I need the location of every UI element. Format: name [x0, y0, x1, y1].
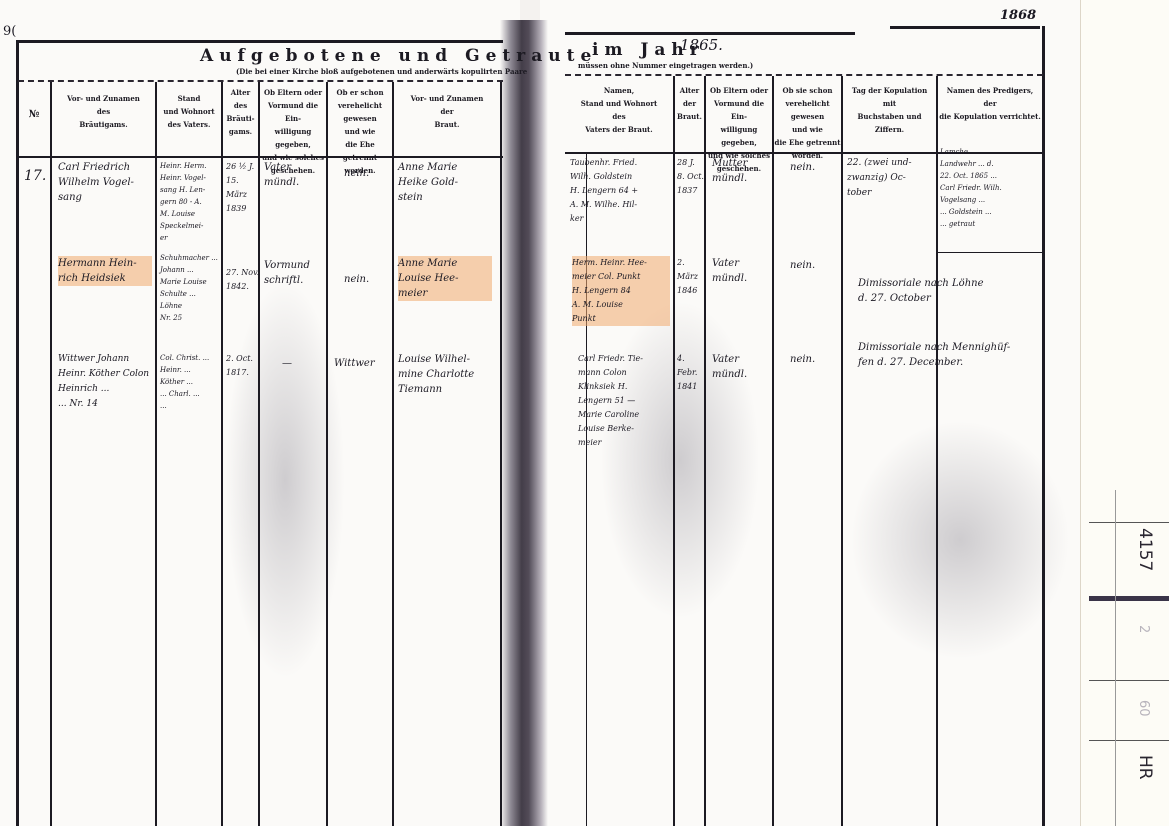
groom-father: Schuhmacher ... Johann ... Marie Louise … [160, 252, 222, 324]
groom-consent: — [282, 356, 292, 371]
col-header-officiant: Namen des Predigers, der die Kopulation … [938, 84, 1042, 123]
archive-mark: 2 [1136, 625, 1151, 633]
column-divider [392, 82, 394, 826]
archive-initials: HR [1135, 755, 1155, 780]
page-subtitle-right: müssen ohne Nummer eingetragen werden.) [578, 61, 753, 70]
header-wavy-rule [565, 74, 1043, 80]
bride-prior-marriage: nein. [790, 258, 815, 273]
groom-father: Heinr. Herm. Heinr. Vogel- sang H. Len- … [160, 160, 222, 244]
bride-name: Louise Wilhel- mine Charlotte Tiemann [398, 352, 498, 397]
groom-prior-marriage: nein. [344, 166, 369, 181]
stub-rule [1089, 740, 1169, 741]
groom-age: 27. Nov. 1842. [226, 266, 260, 294]
col-header-groom-age: Alter des Bräuti- gams. [223, 86, 258, 138]
col-header-bride-name: Vor- und Zunamen der Braut. [394, 92, 500, 131]
column-divider [772, 76, 774, 826]
bride-name: Anne Marie Heike Gold- stein [398, 160, 498, 205]
stub-rule [1089, 522, 1169, 523]
book-gutter-shadow [500, 20, 548, 826]
bride-age: 2. März 1846 [677, 256, 705, 298]
officiant: Lamche Landwehr ... d. 22. Oct. 1865 ...… [940, 146, 1044, 230]
archive-label-strip: 4157 2 60 HR [1080, 0, 1169, 826]
archive-number: 4157 [1135, 528, 1155, 571]
bride-father: Herm. Heinr. Hee- meier Col. Punkt H. Le… [572, 256, 670, 326]
column-divider [841, 76, 843, 826]
page-subtitle-left: (Die bei einer Kirche bloß aufgebotenen … [236, 67, 527, 76]
groom-name: Hermann Hein- rich Heidsiek [58, 256, 152, 286]
groom-prior-marriage: Wittwer [334, 356, 375, 371]
stub-rule [1115, 490, 1116, 826]
stub-rule [1089, 596, 1169, 601]
bride-prior-marriage: nein. [790, 160, 815, 175]
entry-number: 17. [24, 168, 46, 184]
bride-age: 28 J. 8. Oct. 1837 [677, 156, 705, 198]
groom-name: Carl Friedrich Wilhelm Vogel- sang [58, 160, 154, 205]
col-header-bride-father: Namen, Stand und Wohnort des Vaters der … [565, 84, 673, 136]
groom-consent: Vormund schriftl. [264, 258, 310, 288]
column-divider [50, 82, 52, 826]
bride-prior-marriage: nein. [790, 352, 815, 367]
copulation-day: Dimissoriale nach Löhne d. 27. October [858, 276, 1048, 306]
corner-mark: 9( [3, 24, 16, 39]
column-divider [500, 82, 502, 826]
bride-consent: Vater mündl. [712, 256, 747, 286]
top-rule [18, 40, 503, 43]
groom-father: Col. Christ. ... Heinr. ... Köther ... .… [160, 352, 222, 412]
groom-name: Wittwer Johann Heinr. Köther Colon Heinr… [58, 352, 158, 412]
bride-age: 4. Febr. 1841 [677, 352, 705, 394]
copulation-day: 22. (zwei und- zwanzig) Oc- tober [847, 156, 939, 201]
groom-age: 2. Oct. 1817. [226, 352, 260, 380]
column-divider [586, 152, 587, 826]
groom-age: 26 ½ J. 15. März 1839 [226, 160, 260, 216]
groom-consent: Vater mündl. [264, 160, 299, 190]
bride-consent: Vater mündl. [712, 352, 747, 382]
top-rule-right [565, 32, 855, 35]
col-header-copulation-day: Tag der Kopulation mit Buchstaben und Zi… [843, 84, 936, 136]
col-header-groom-father: Stand und Wohnort des Vaters. [157, 92, 221, 131]
col-header-bride-age: Alter der Braut. [675, 84, 704, 123]
copulation-day: Dimissoriale nach Mennighüf- fen d. 27. … [858, 340, 1058, 370]
top-rule-right [890, 26, 1040, 29]
page-title-left: Aufgebotene und Getraute [200, 46, 597, 66]
scan-smudge [850, 420, 1070, 660]
col-header-groom-prior-marriage: Ob er schon verehelicht gewesen und wie … [328, 86, 392, 177]
page-number: 1868 [1000, 8, 1036, 23]
column-divider [673, 76, 675, 826]
archive-mark: 60 [1136, 700, 1151, 717]
col-header-bride-prior-marriage: Ob sie schon verehelicht gewesen und wie… [774, 84, 841, 162]
column-divider [326, 82, 328, 826]
groom-prior-marriage: nein. [344, 272, 369, 287]
stub-rule [1089, 680, 1169, 681]
scan-smudge [600, 300, 760, 620]
bride-name: Anne Marie Louise Hee- meier [398, 256, 492, 301]
col-header-groom-name: Vor- und Zunamen des Bräutigams. [52, 92, 155, 131]
entry-rule [937, 252, 1042, 253]
col-header-number: № [18, 108, 50, 121]
column-divider [155, 82, 157, 826]
bride-father: Taubenhr. Fried. Wilh. Goldstein H. Leng… [570, 156, 672, 226]
bride-consent: Mutter mündl. [712, 156, 747, 186]
register-year: 1865. [680, 38, 723, 53]
bride-father: Carl Friedr. Tie- mann Colon Klinksiek H… [578, 352, 674, 450]
